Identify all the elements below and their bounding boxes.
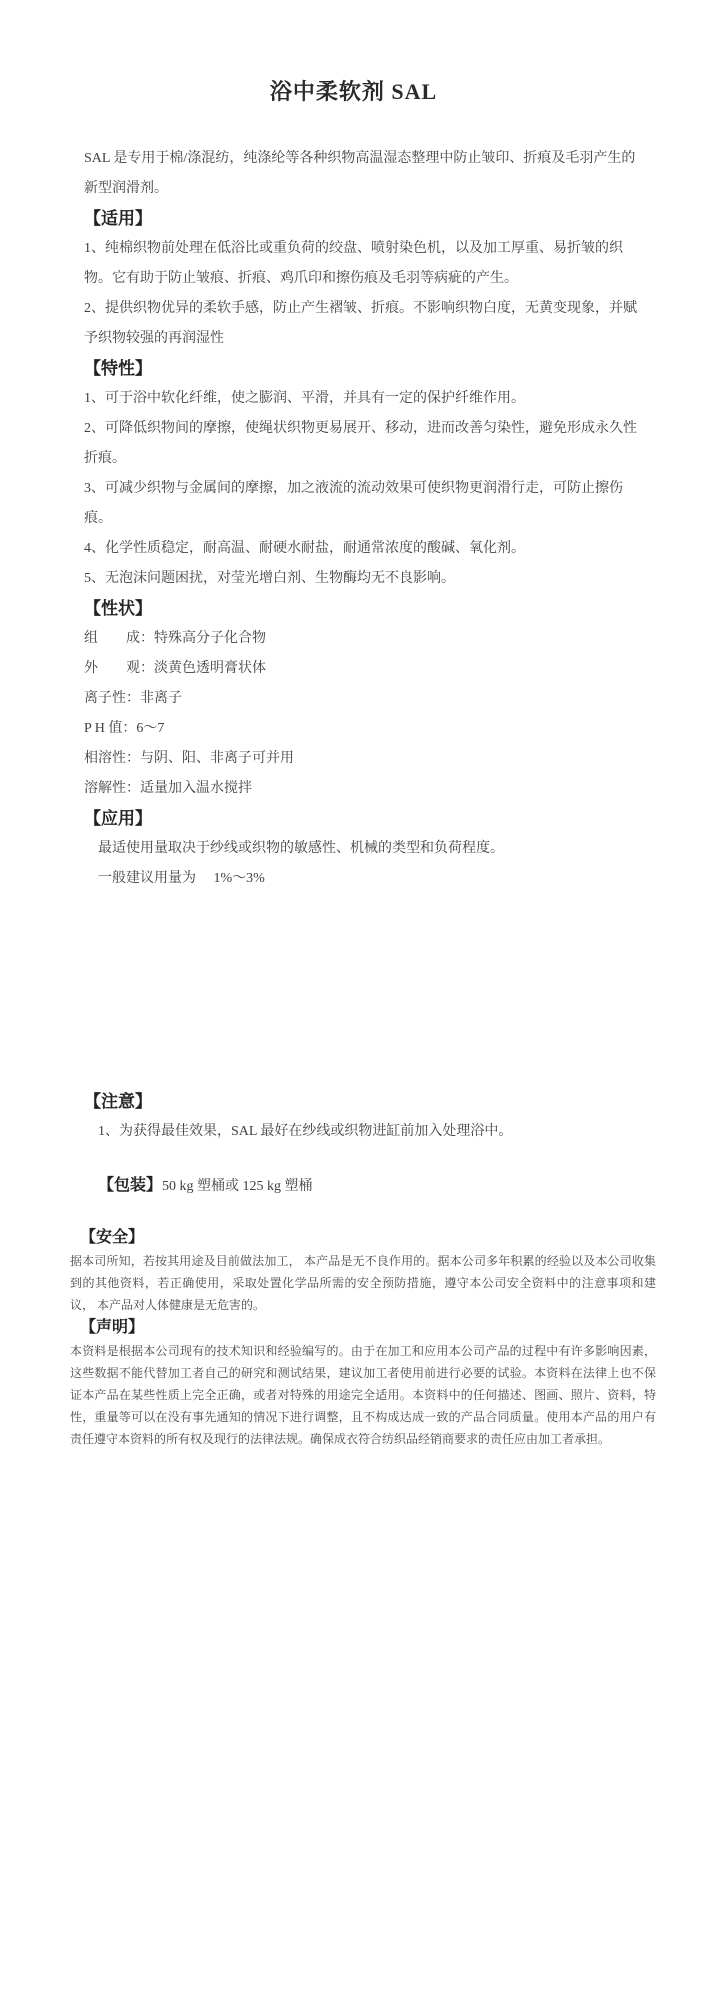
property-ph: P H 值：6～7: [84, 714, 644, 744]
packaging-text: 50 kg 塑桶或 125 kg 塑桶: [162, 1179, 313, 1194]
apply-item-1: 1、纯棉织物前处理在低浴比或重负荷的绞盘、喷射染色机，以及加工厚重、易折皱的织物…: [84, 234, 644, 294]
section-header-safety: 【安全】: [80, 1226, 640, 1250]
property-ionicity: 离子性：非离子: [84, 684, 644, 714]
notice-item-1: 1、为获得最佳效果，SAL 最好在纱线或织物进缸前加入处理浴中。: [98, 1117, 644, 1147]
feature-item-3: 3、可减少织物与金属间的摩擦，加之液流的流动效果可使织物更润滑行走，可防止擦伤痕…: [84, 474, 644, 534]
section-header-notice: 【注意】: [84, 1087, 644, 1117]
statement-paragraph: 本资料是根据本公司现有的技术知识和经验编写的。由于在加工和应用本公司产品的过程中…: [70, 1340, 656, 1450]
section-header-apply: 【适用】: [84, 204, 644, 234]
application-line-1: 最适使用量取决于纱线或织物的敏感性、机械的类型和负荷程度。: [98, 834, 644, 864]
document-page: 浴中柔软剂 SAL SAL 是专用于棉/涤混纺，纯涤纶等各种织物高温湿态整理中防…: [0, 0, 707, 2000]
feature-item-5: 5、无泡沫问题困扰，对莹光增白剂、生物酶均无不良影响。: [84, 564, 644, 594]
feature-item-1: 1、可于浴中软化纤维，使之膨润、平滑，并具有一定的保护纤维作用。: [84, 384, 644, 414]
packaging-line: 【包装】50 kg 塑桶或 125 kg 塑桶: [84, 1147, 644, 1226]
section-header-statement: 【声明】: [80, 1316, 640, 1340]
application-line-2: 一般建议用量为 1%～3%: [98, 864, 644, 894]
property-solubility: 溶解性：适量加入温水搅拌: [84, 774, 644, 804]
page-title: 浴中柔软剂 SAL: [0, 74, 707, 109]
section-header-application: 【应用】: [84, 804, 644, 834]
property-composition: 组 成：特殊高分子化合物: [84, 624, 644, 654]
feature-item-4: 4、化学性质稳定，耐高温、耐硬水耐盐，耐通常浓度的酸碱、氧化剂。: [84, 534, 644, 564]
page-break-gap: [0, 894, 707, 1087]
safety-paragraph: 据本司所知，若按其用途及目前做法加工， 本产品是无不良作用的。据本公司多年积累的…: [70, 1250, 656, 1316]
section-header-properties: 【性状】: [84, 594, 644, 624]
section-header-packaging: 【包装】: [98, 1177, 162, 1194]
feature-item-2: 2、可降低织物间的摩擦，使绳状织物更易展开、移动，进而改善匀染性，避免形成永久性…: [84, 414, 644, 474]
section-header-features: 【特性】: [84, 354, 644, 384]
property-compatibility: 相溶性：与阴、阳、非离子可并用: [84, 744, 644, 774]
intro-paragraph: SAL 是专用于棉/涤混纺，纯涤纶等各种织物高温湿态整理中防止皱印、折痕及毛羽产…: [84, 144, 644, 204]
property-appearance: 外 观：淡黄色透明膏状体: [84, 654, 644, 684]
apply-item-2: 2、提供织物优异的柔软手感，防止产生褶皱、折痕。不影响织物白度，无黄变现象，并赋…: [84, 294, 644, 354]
